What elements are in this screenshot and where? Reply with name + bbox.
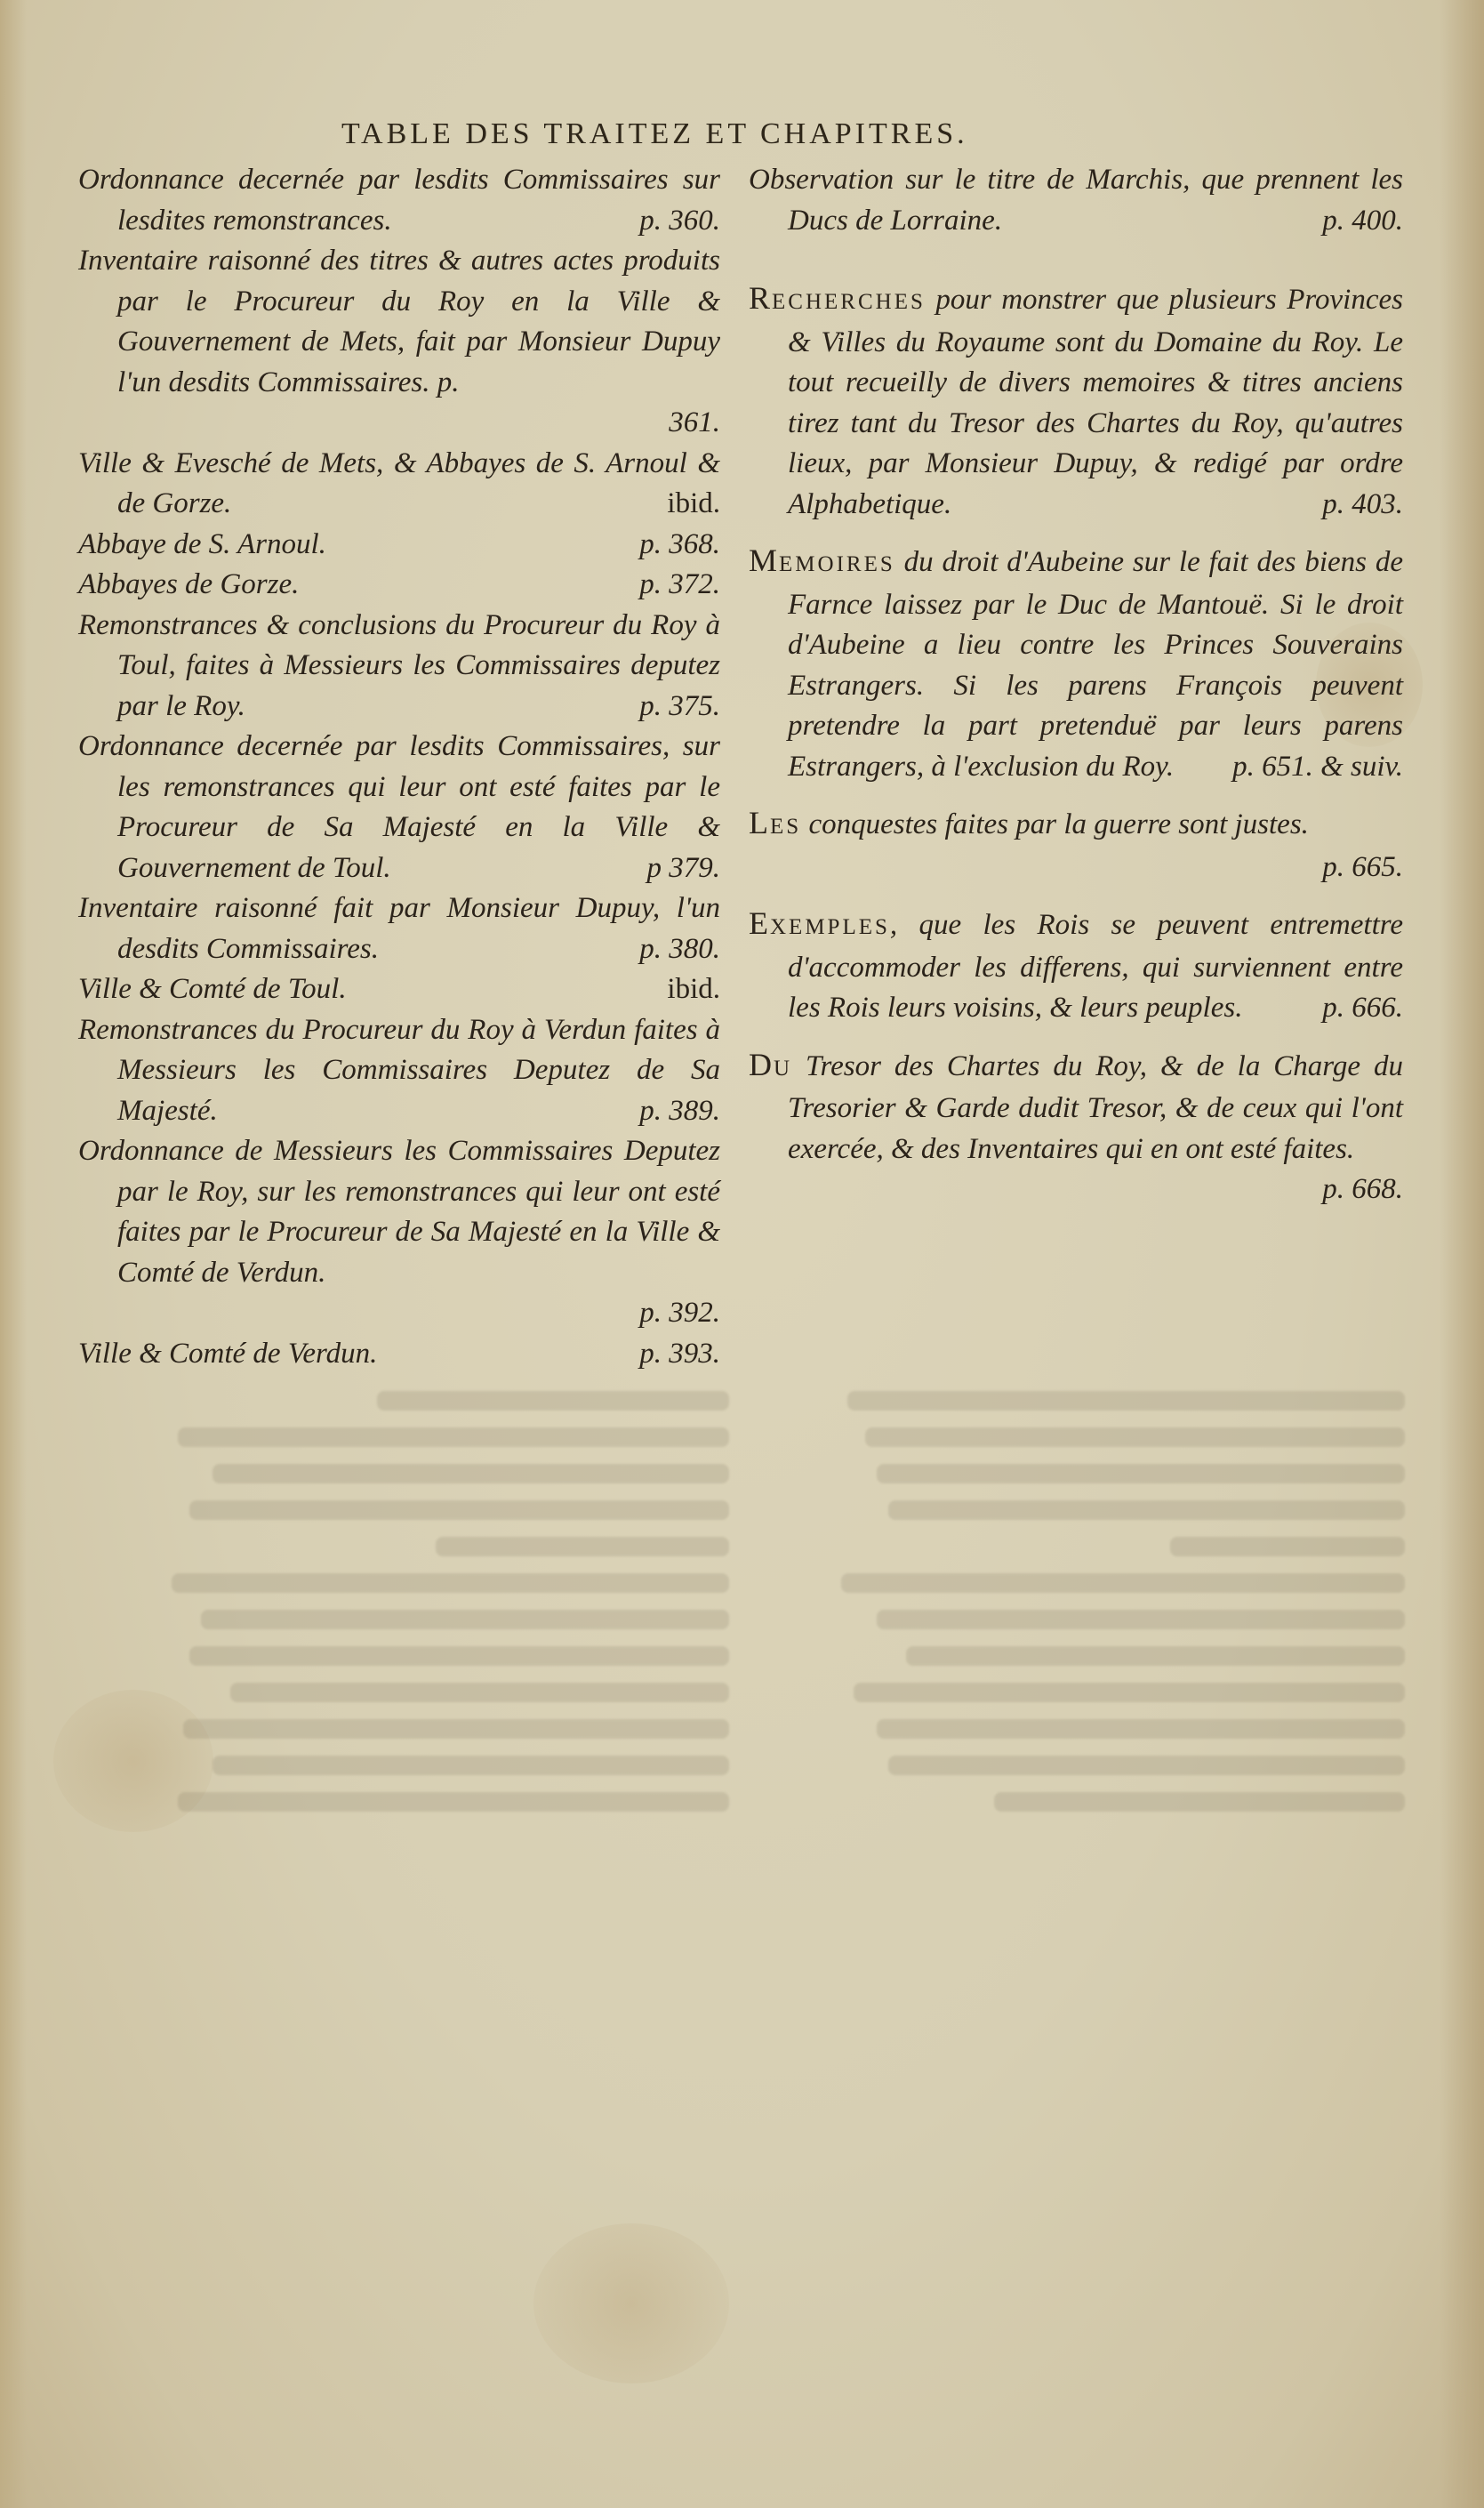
lead-capital: E bbox=[749, 905, 770, 941]
lead-capital: R bbox=[749, 280, 772, 316]
paper-stain bbox=[533, 2223, 729, 2383]
entry-lead-word: MEMOIRES bbox=[749, 546, 895, 578]
toc-entry: Abbaye de S. Arnoul. p. 368. bbox=[78, 525, 720, 566]
toc-entry: Inventaire raisonné fait par Monsieur Du… bbox=[78, 888, 720, 969]
entry-text: conquestes faites par la guerre sont jus… bbox=[801, 808, 1309, 840]
entry-text: Ordonnance de Messieurs les Commissaires… bbox=[78, 1135, 720, 1289]
entry-text: Ville & Comté de Verdun. bbox=[78, 1338, 377, 1370]
toc-entry: Ville & Comté de Verdun. p. 393. bbox=[78, 1334, 720, 1375]
entry-text: Inventaire raisonné fait par Monsieur Du… bbox=[78, 892, 720, 965]
page-ref: p. 392. bbox=[117, 1293, 720, 1334]
page-ref: p. 368. bbox=[639, 525, 720, 566]
toc-entry: Ordonnance de Messieurs les Commissaires… bbox=[78, 1131, 720, 1334]
entry-text: Abbayes de Gorze. bbox=[78, 568, 299, 600]
page-edge-right bbox=[1440, 0, 1484, 2508]
page-ref: 361. bbox=[117, 403, 720, 444]
page-ref: p. 665. bbox=[788, 848, 1403, 888]
page-ref: ibid. bbox=[667, 969, 720, 1010]
entry-text: Remonstrances du Procureur du Roy à Verd… bbox=[78, 1014, 720, 1127]
entry-text: Ville & Comté de Toul. bbox=[78, 973, 347, 1005]
page-ref: p. 400. bbox=[1322, 201, 1403, 242]
entry-text: Remonstrances & conclusions du Procureur… bbox=[78, 609, 720, 722]
toc-entry: Observation sur le titre de Marchis, que… bbox=[749, 160, 1403, 241]
lead-small-caps: ES bbox=[770, 815, 801, 839]
lead-small-caps: EMOIRES bbox=[779, 552, 895, 576]
page-ref: p. 393. bbox=[639, 1334, 720, 1375]
toc-entry: Inventaire raisonné des titres & autres … bbox=[78, 241, 720, 444]
toc-entry: Ordonnance decernée par lesdits Commissa… bbox=[78, 160, 720, 241]
lead-small-caps: ECHERCHES bbox=[772, 290, 926, 314]
page-ref: p. 666. bbox=[1322, 988, 1403, 1029]
lead-capital: M bbox=[749, 543, 779, 578]
page-ref: ibid. bbox=[667, 484, 720, 525]
page-ref: p 379. bbox=[647, 848, 721, 889]
entry-lead-word: EXEMPLES bbox=[749, 909, 890, 941]
toc-entry: DU Tresor des Chartes du Roy, & de la Ch… bbox=[749, 1045, 1403, 1170]
lead-small-caps: U bbox=[774, 1057, 792, 1081]
page-ref: p. 375. bbox=[639, 687, 720, 727]
page-ref: p. 389. bbox=[639, 1091, 720, 1132]
toc-entry: EXEMPLES, que les Rois se peuvent entrem… bbox=[749, 904, 1403, 1029]
entry-text: Inventaire raisonné des titres & autres … bbox=[78, 245, 720, 398]
toc-entry: MEMOIRES du droit d'Aubeine sur le fait … bbox=[749, 541, 1403, 787]
lead-small-caps: XEMPLES bbox=[770, 915, 890, 939]
toc-entry: LES conquestes faites par la guerre sont… bbox=[749, 803, 1403, 888]
page-ref: p. 380. bbox=[639, 929, 720, 970]
bleed-through-texture bbox=[71, 1374, 1405, 1997]
entry-text: Ordonnance decernée par lesdits Commissa… bbox=[78, 164, 720, 237]
entry-lead-word: LES bbox=[749, 808, 801, 840]
entry-text: pour monstrer que plusieurs Provinces & … bbox=[788, 284, 1403, 520]
book-page: TABLE DES TRAITEZ ET CHAPITRES. Ordonnan… bbox=[0, 0, 1484, 2508]
left-column: Ordonnance decernée par lesdits Commissa… bbox=[78, 160, 720, 1374]
page-ref: p. 668. bbox=[1322, 1170, 1403, 1210]
entry-text: Ordonnance decernée par lesdits Commissa… bbox=[78, 730, 720, 884]
entry-text: Observation sur le titre de Marchis, que… bbox=[749, 164, 1403, 237]
page-ref: p. 372. bbox=[639, 565, 720, 606]
entry-lead-word: DU bbox=[749, 1050, 792, 1082]
toc-entry: RECHERCHES pour monstrer que plusieurs P… bbox=[749, 278, 1403, 525]
toc-entry: Remonstrances du Procureur du Roy à Verd… bbox=[78, 1010, 720, 1132]
page-ref: p. 651. & suiv. bbox=[1232, 747, 1403, 788]
bleed-through-column bbox=[818, 1374, 1405, 1829]
entry-text: Tresor des Chartes du Roy, & de la Charg… bbox=[788, 1050, 1403, 1165]
toc-entry: Ville & Comté de Toul. ibid. bbox=[78, 969, 720, 1010]
toc-entry: Remonstrances & conclusions du Procureur… bbox=[78, 606, 720, 727]
page-edge-left bbox=[0, 0, 27, 2508]
bleed-through-column bbox=[142, 1374, 729, 1829]
entry-text: Ville & Evesché de Mets, & Abbayes de S.… bbox=[78, 447, 720, 520]
lead-capital: L bbox=[749, 805, 770, 840]
entry-text: Abbaye de S. Arnoul. bbox=[78, 528, 326, 560]
toc-entry: Ordonnance decernée par lesdits Commissa… bbox=[78, 727, 720, 888]
lead-capital: D bbox=[749, 1047, 774, 1082]
page-ref: p. 403. bbox=[1322, 485, 1403, 526]
right-column: Observation sur le titre de Marchis, que… bbox=[749, 160, 1403, 1210]
entry-lead-word: RECHERCHES bbox=[749, 284, 926, 316]
toc-entry: Abbayes de Gorze. p. 372. bbox=[78, 565, 720, 606]
running-head: TABLE DES TRAITEZ ET CHAPITRES. bbox=[341, 117, 1142, 151]
toc-entry: Ville & Evesché de Mets, & Abbayes de S.… bbox=[78, 444, 720, 525]
page-ref: p. 360. bbox=[639, 201, 720, 242]
